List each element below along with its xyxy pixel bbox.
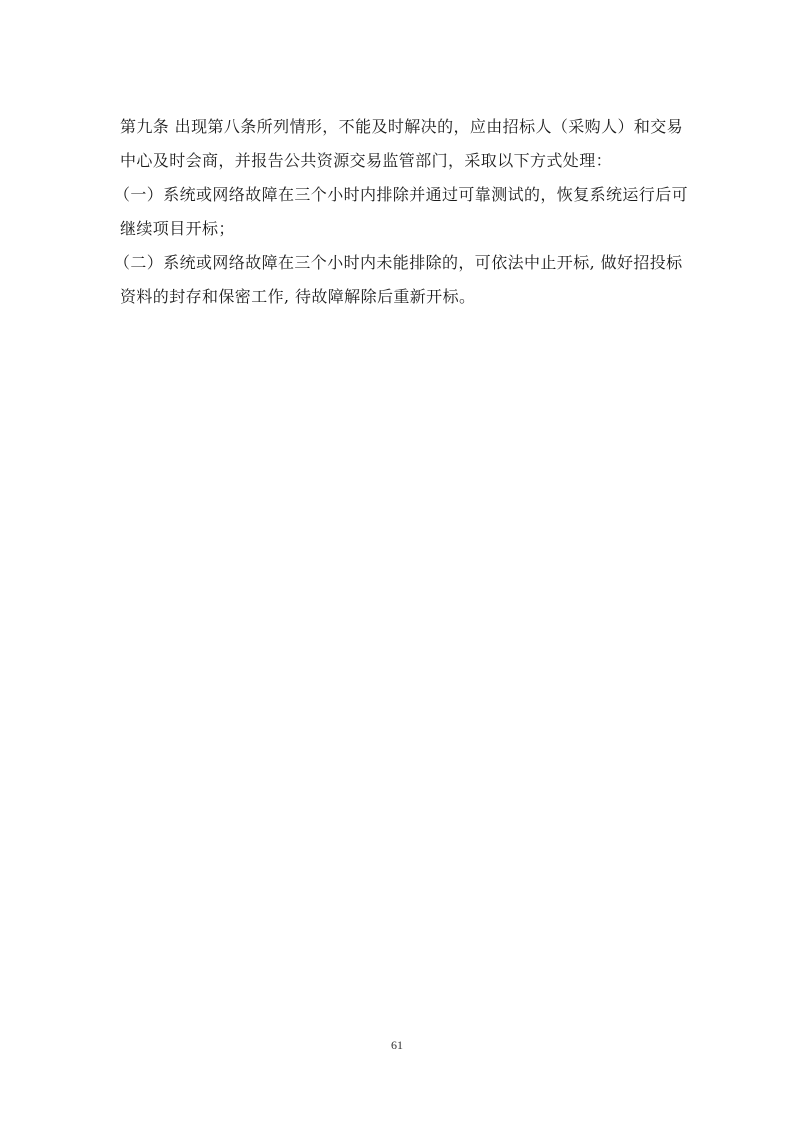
document-body: 第九条 出现第八条所列情形，不能及时解决的，应由招标人（采购人）和交易 中心及时… [120,110,690,314]
list-item-2: （二）系统或网络故障在三个小时内未能排除的，可依法中止开标, 做好招投标 资料的… [120,246,690,314]
text-line: 第九条 出现第八条所列情形，不能及时解决的，应由招标人（采购人）和交易 [120,110,690,144]
text-line: （二）系统或网络故障在三个小时内未能排除的，可依法中止开标, 做好招投标 [114,246,690,280]
document-page: 第九条 出现第八条所列情形，不能及时解决的，应由招标人（采购人）和交易 中心及时… [0,0,794,1122]
article-9-paragraph: 第九条 出现第八条所列情形，不能及时解决的，应由招标人（采购人）和交易 中心及时… [120,110,690,178]
text-line: 资料的封存和保密工作, 待故障解除后重新开标。 [120,280,690,314]
text-line: 继续项目开标； [120,212,690,246]
text-line: （一）系统或网络故障在三个小时内排除并通过可靠测试的，恢复系统运行后可 [114,178,690,212]
list-item-1: （一）系统或网络故障在三个小时内排除并通过可靠测试的，恢复系统运行后可 继续项目… [120,178,690,246]
text-line: 中心及时会商，并报告公共资源交易监管部门，采取以下方式处理： [120,144,690,178]
page-number: 61 [0,1038,794,1053]
